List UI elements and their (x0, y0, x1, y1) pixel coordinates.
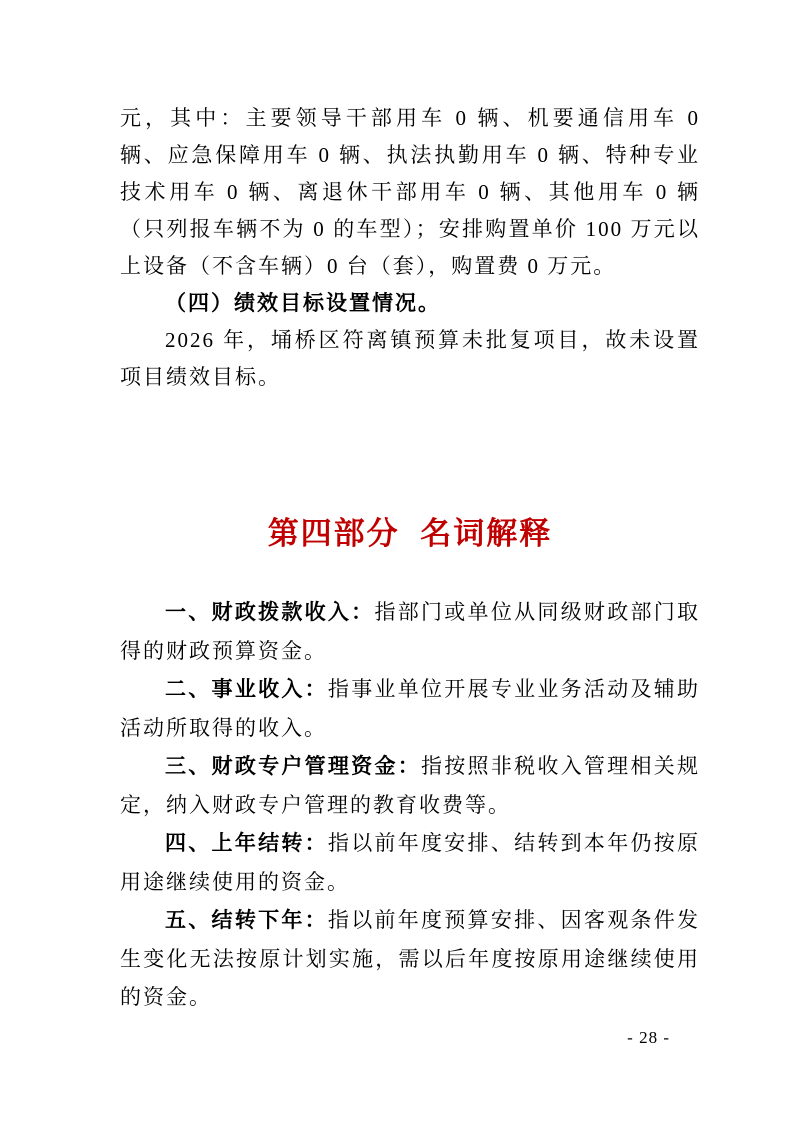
definitions-list: 一、财政拨款收入：指部门或单位从同级财政部门取得的财政预算资金。 二、事业收入：… (120, 593, 700, 1016)
definition-item-2: 二、事业收入：指事业单位开展专业业务活动及辅助活动所取得的收入。 (120, 670, 700, 747)
definition-term-5: 五、结转下年： (165, 909, 328, 932)
definition-term-3: 三、财政专户管理资金： (165, 755, 421, 778)
document-page: 元，其中：主要领导干部用车 0 辆、机要通信用车 0 辆、应急保障用车 0 辆、… (0, 0, 793, 1122)
definition-term-4: 四、上年结转： (165, 832, 328, 855)
heading-performance-targets: （四）绩效目标设置情况。 (120, 285, 700, 322)
definition-item-5: 五、结转下年：指以前年度预算安排、因客观条件发生变化无法按原计划实施，需以后年度… (120, 901, 700, 1016)
definition-term-1: 一、财政拨款收入： (165, 601, 374, 624)
definition-item-4: 四、上年结转：指以前年度安排、结转到本年仍按原用途继续使用的资金。 (120, 824, 700, 901)
definition-item-1: 一、财政拨款收入：指部门或单位从同级财政部门取得的财政预算资金。 (120, 593, 700, 670)
definition-term-2: 二、事业收入： (165, 678, 328, 701)
page-number: - 28 - (627, 1028, 670, 1048)
document-body: 元，其中：主要领导干部用车 0 辆、机要通信用车 0 辆、应急保障用车 0 辆、… (120, 100, 700, 1016)
definition-item-3: 三、财政专户管理资金：指按照非税收入管理相关规定，纳入财政专户管理的教育收费等。 (120, 747, 700, 824)
section-title-part-four: 第四部分 名词解释 (120, 511, 700, 557)
paragraph-vehicle-purchases: 元，其中：主要领导干部用车 0 辆、机要通信用车 0 辆、应急保障用车 0 辆、… (120, 100, 700, 285)
paragraph-performance-targets: 2026 年，埇桥区符离镇预算未批复项目，故未设置项目绩效目标。 (120, 322, 700, 396)
